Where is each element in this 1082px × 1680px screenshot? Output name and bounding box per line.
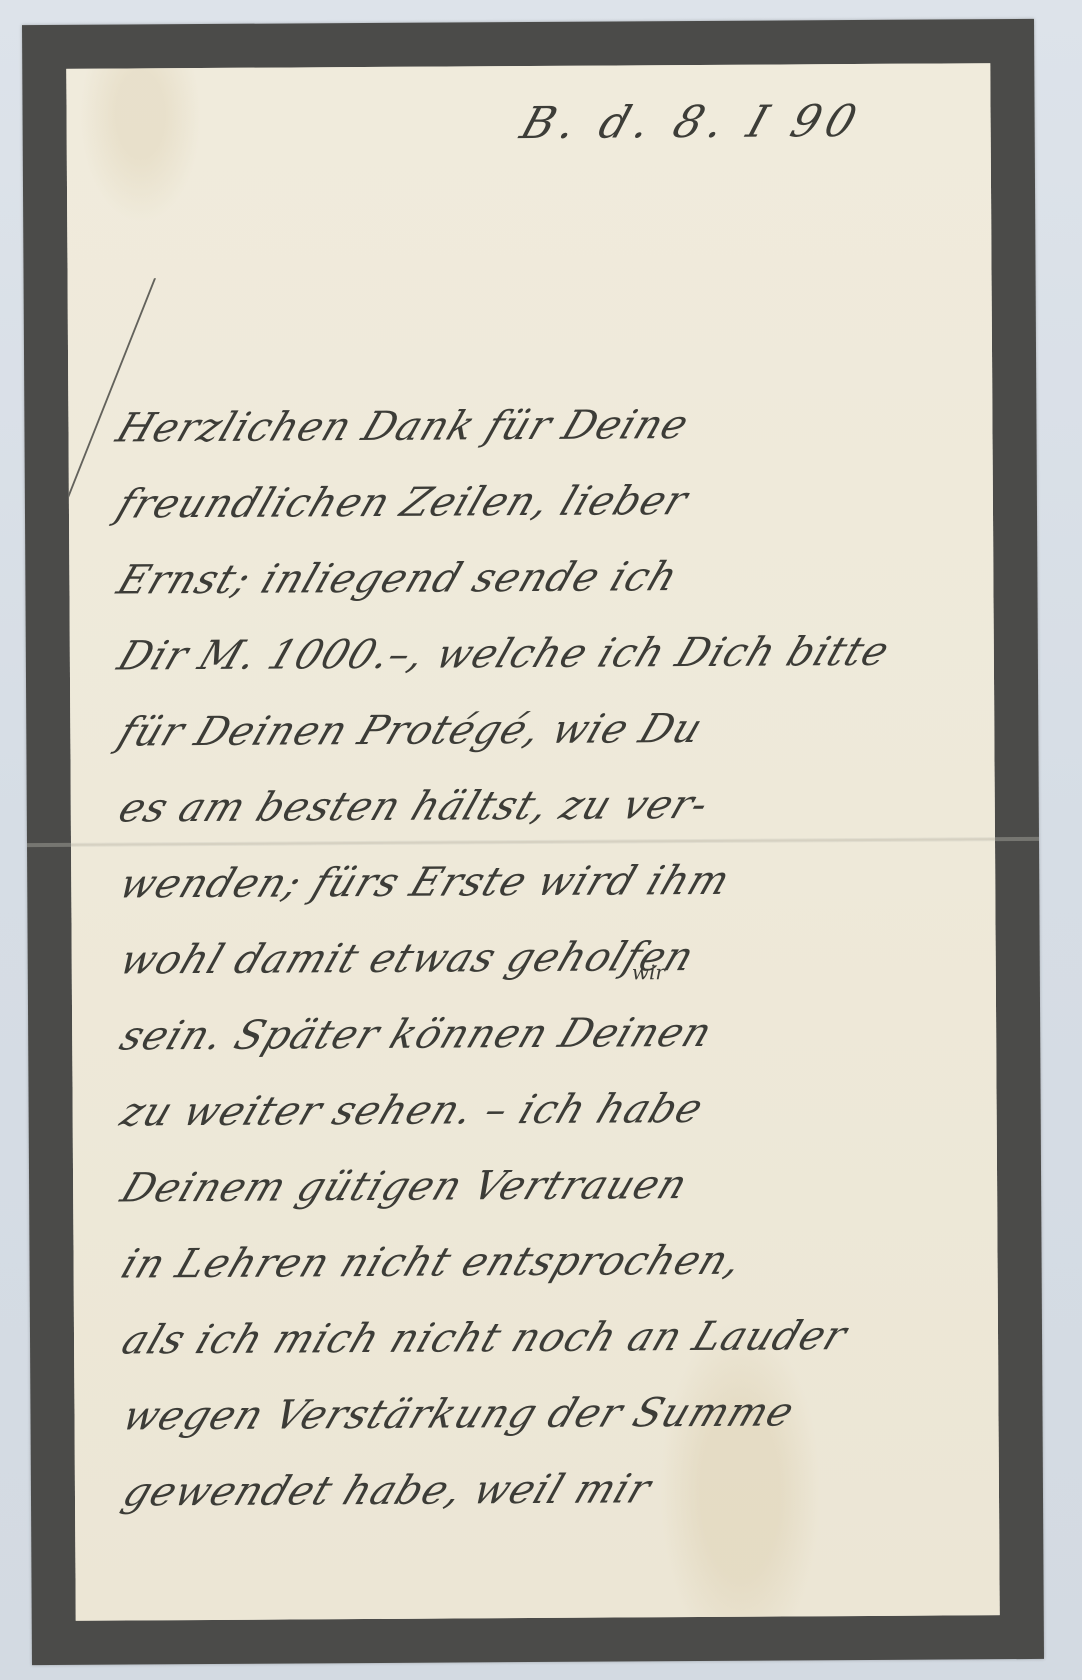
letter-line: für Deinen Protégé, wie Du	[107, 689, 988, 770]
letter-line: sein. Später können Deinen	[109, 993, 990, 1074]
letter-line: zu weiter sehen. – ich habe	[109, 1069, 990, 1150]
letter-line: freundlichen Zeilen, lieber	[105, 461, 986, 542]
letter-line: Dir M. 1000.–, welche ich Dich bitte	[106, 613, 987, 694]
letter-body: Herzlichen Dank für Deine freundlichen Z…	[118, 385, 979, 1530]
letter-line: Deinem gütigen Vertrauen	[110, 1145, 991, 1226]
interlinear-insertion: wir	[632, 962, 665, 982]
letter-line: als ich mich nicht noch an Lauder	[110, 1297, 991, 1378]
letter-line: es am besten hältst, zu ver-	[107, 765, 988, 846]
letter-line: Ernst; inliegend sende ich	[106, 537, 987, 618]
letter-line: Herzlichen Dank für Deine	[105, 385, 986, 466]
letter-line: wohl damit etwas geholfen	[108, 917, 989, 998]
letter-date: B. d. 8. I 90	[514, 96, 868, 149]
mourning-border-card: B. d. 8. I 90 Herzlichen Dank für Deine …	[22, 19, 1044, 1665]
letter-line: wegen Verstärkung der Summe	[111, 1373, 992, 1454]
letter-line: gewendet habe, weil mir	[111, 1449, 992, 1530]
letter-line: wenden; fürs Erste wird ihm	[108, 841, 989, 922]
letter-line: in Lehren nicht entsprochen,	[110, 1221, 991, 1302]
letter-paper: B. d. 8. I 90 Herzlichen Dank für Deine …	[66, 63, 999, 1621]
